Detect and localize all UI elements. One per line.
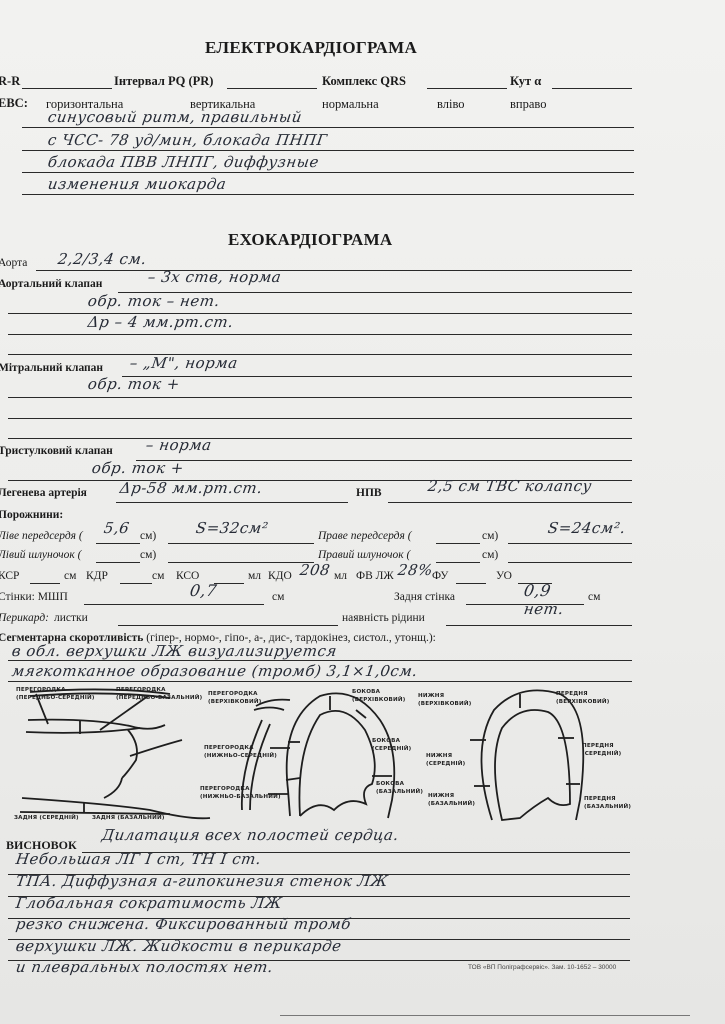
- mitral-line: [8, 418, 632, 419]
- aortic-valve-label: Аортальний клапан: [0, 278, 102, 290]
- tricuspid-valve-note: обр. ток +: [91, 459, 185, 477]
- ivc-value: 2,5 см ТВС колапсу: [427, 477, 593, 495]
- aortic-valve-note: обр. ток – нет.: [87, 292, 221, 310]
- left-atrium-area: S=32см²: [195, 519, 270, 537]
- ra-area-field: [508, 543, 632, 544]
- ecg-note-line: блокада ПВВ ЛНПГ, диффузные: [47, 153, 320, 171]
- eos-option: вправо: [510, 97, 546, 112]
- segment-label: БОКОВА(БАЗАЛЬНИЙ): [376, 780, 423, 796]
- eos-option: нормальна: [322, 97, 379, 112]
- angle-field: [552, 88, 632, 89]
- pericardium-leaflets: листки: [54, 612, 88, 624]
- segment-label: ПЕРЕДНЯ(ВЕРХІВКОВИЙ): [556, 690, 610, 706]
- rr-label: R-R: [0, 74, 20, 89]
- ksr-field: [30, 583, 60, 584]
- conclusion-line: резко снижена. Фиксированный тромб: [15, 915, 352, 933]
- mitral-valve-note: – „М", норма: [129, 354, 239, 372]
- segment-label: ЗАДНЯ (СЕРЕДНІЙ): [14, 814, 79, 822]
- posterior-wall-value: 0,9: [523, 581, 553, 600]
- segmental-note: в обл. верхушки ЛЖ визуализируется: [11, 642, 338, 660]
- pq-field: [227, 88, 317, 89]
- segment-label: ПЕРЕГОРОДКА(ПЕРЕДНЬО-БАЗАЛЬНИЙ): [116, 686, 202, 702]
- right-ventricle-label: Правий шлуночок (: [318, 549, 410, 561]
- segment-label: ПЕРЕДНЯ(БАЗАЛЬНИЙ): [584, 795, 631, 811]
- eos-option: вліво: [437, 97, 465, 112]
- segment-label: НИЖНЯ(ВЕРХІВКОВИЙ): [418, 692, 472, 708]
- eos-label: ЕВС:: [0, 96, 28, 111]
- left-atrium-label: Ліве передсердя (: [0, 530, 83, 542]
- left-ventricle-label: Лівий шлуночок (: [0, 549, 81, 561]
- leaflets-field: [118, 625, 338, 626]
- left-ventricle-unit: см): [140, 549, 156, 561]
- ecg-note-line: синусовый ритм, правильный: [47, 108, 304, 126]
- kdo-value: 208: [299, 561, 332, 579]
- angle-label: Кут α: [510, 74, 541, 89]
- fu-field: [456, 583, 486, 584]
- ivs-field: [84, 604, 264, 605]
- ivc-label: НПВ: [356, 487, 382, 499]
- tricuspid-valve-label: Тристулковий клапан: [0, 445, 113, 457]
- ecg-line: [22, 127, 634, 128]
- conclusion-line: Дилатация всех полостей сердца.: [101, 826, 400, 844]
- tricuspid-valve-note: – норма: [145, 436, 213, 454]
- kso-unit: мл: [248, 570, 261, 582]
- segment-label: ПЕРЕГОРОДКА(ПЕРЕДНЬО-СЕРЕДНІЙ): [16, 686, 95, 702]
- segment-label: ЗАДНЯ (БАЗАЛЬНИЙ): [92, 814, 165, 822]
- segment-label: ПЕРЕГОРОДКА(НИЖНЬО-СЕРЕДНІЙ): [204, 744, 277, 760]
- fluid-field: [446, 625, 632, 626]
- pericardium-label: Перикард:: [0, 612, 49, 624]
- rv-field: [436, 562, 480, 563]
- segment-label: НИЖНЯ(БАЗАЛЬНИЙ): [428, 792, 475, 808]
- ivs-unit: см: [272, 591, 284, 603]
- segmental-line: [8, 660, 632, 661]
- segment-label: ПЕРЕГОРОДКА(ВЕРХІВКОВИЙ): [208, 690, 262, 706]
- segmental-note: мягкотканное образование (тромб) 3,1×1,0…: [11, 662, 419, 680]
- ecg-line: [22, 172, 634, 173]
- mitral-valve-note: обр. ток +: [87, 375, 181, 393]
- right-atrium-area: S=24см².: [547, 519, 627, 537]
- fu-label: ФУ: [432, 570, 448, 582]
- pulmonary-artery-value: Δр-58 мм.рт.ст.: [119, 479, 264, 497]
- ecg-title: ЕЛЕКТРОКАРДІОГРАМА: [205, 38, 417, 58]
- right-atrium-unit: см): [482, 530, 498, 542]
- mitral-line: [122, 376, 632, 377]
- aorta-line: [36, 270, 632, 271]
- conclusion-line: ТПА. Диффузная а-гипокинезия стенок ЛЖ: [15, 872, 390, 890]
- fluid-label: наявність рідини: [342, 612, 425, 624]
- conclusion-line: Глобальная сократимость ЛЖ: [15, 894, 284, 912]
- aortic-valve-note: – 3х ств, норма: [147, 268, 283, 286]
- kso-field: [214, 583, 244, 584]
- page-edge-line: [280, 1015, 690, 1016]
- segment-label: НИЖНЯ(СЕРЕДНІЙ): [426, 752, 465, 768]
- aorta-label: Аорта: [0, 257, 27, 269]
- lv-extra-field: [168, 562, 314, 563]
- apical-four-chamber-view: [470, 690, 583, 820]
- ecg-note-line: изменения миокарда: [47, 175, 228, 193]
- rv-extra-field: [508, 562, 632, 563]
- kdo-unit: мл: [334, 570, 347, 582]
- lv-field: [96, 562, 140, 563]
- kdo-label: КДО: [268, 570, 292, 582]
- qrs-label: Комплекс QRS: [322, 74, 406, 89]
- right-atrium-label: Праве передсердя (: [318, 530, 412, 542]
- posterior-unit: см: [588, 591, 600, 603]
- posterior-wall-label: Задня стінка: [394, 591, 455, 603]
- ksr-unit: см: [64, 570, 76, 582]
- mitral-valve-label: Мітральний клапан: [0, 362, 103, 374]
- kdr-unit: см: [152, 570, 164, 582]
- rr-field: [22, 88, 112, 89]
- ivs-value: 0,7: [189, 581, 219, 600]
- cavities-label: Порожнини:: [0, 509, 63, 521]
- fluid-value: нет.: [523, 600, 565, 618]
- ecg-note-line: с ЧСС- 78 уд/мин, блокада ПНПГ: [47, 131, 329, 149]
- conclusion-line: верхушки ЛЖ. Жидкости в перикарде: [15, 937, 343, 955]
- aortic-line: [8, 334, 632, 335]
- left-atrium-unit: см): [140, 530, 156, 542]
- kdr-field: [120, 583, 152, 584]
- left-atrium-value: 5,6: [103, 519, 131, 537]
- print-imprint: ТОВ «ВП Поліграфсервіс». Зам. 10-1652 – …: [468, 964, 616, 971]
- echo-report-form: ЕЛЕКТРОКАРДІОГРАМА R-R Інтервал PQ (PR) …: [0, 0, 725, 1024]
- mitral-line: [8, 397, 632, 398]
- la-area-field: [168, 543, 314, 544]
- ra-field: [436, 543, 480, 544]
- ecg-line: [22, 194, 634, 195]
- mitral-line: [8, 438, 632, 439]
- segment-label: ПЕРЕДНЯ(СЕРЕДНІЙ): [582, 742, 621, 758]
- aortic-line: [8, 354, 632, 355]
- right-ventricle-unit: см): [482, 549, 498, 561]
- walls-label: Стінки: МШП: [0, 591, 68, 603]
- uo-label: УО: [496, 570, 512, 582]
- pulmonary-line: [116, 502, 348, 503]
- segment-label: БОКОВА(ВЕРХІВКОВИЙ): [352, 688, 406, 704]
- tricuspid-line: [136, 460, 632, 461]
- pq-label: Інтервал PQ (PR): [114, 74, 213, 89]
- aorta-value: 2,2/3,4 см.: [57, 250, 148, 268]
- kdr-label: КДР: [86, 570, 108, 582]
- conclusion-line: Небольшая ЛГ I ст, ТН I ст.: [15, 850, 263, 868]
- segment-label: БОКОВА(СЕРЕДНІЙ): [372, 737, 411, 753]
- ivc-line: [388, 502, 632, 503]
- ef-label: ФВ ЛЖ: [356, 570, 394, 582]
- long-axis-view: [20, 689, 210, 818]
- ksr-label: КСР: [0, 570, 19, 582]
- la-field: [96, 543, 140, 544]
- pulmonary-artery-label: Легенева артерія: [0, 487, 87, 499]
- qrs-field: [427, 88, 507, 89]
- echo-title: ЕХОКАРДІОГРАМА: [228, 230, 393, 250]
- aortic-valve-note: Δр – 4 мм.рт.ст.: [87, 313, 235, 331]
- segment-label: ПЕРЕГОРОДКА(НИЖНЬО-БАЗАЛЬНИЙ): [200, 785, 281, 801]
- ecg-line: [22, 150, 634, 151]
- conclusion-line: и плевральных полостях нет.: [15, 958, 275, 976]
- ef-value: 28%: [397, 561, 434, 579]
